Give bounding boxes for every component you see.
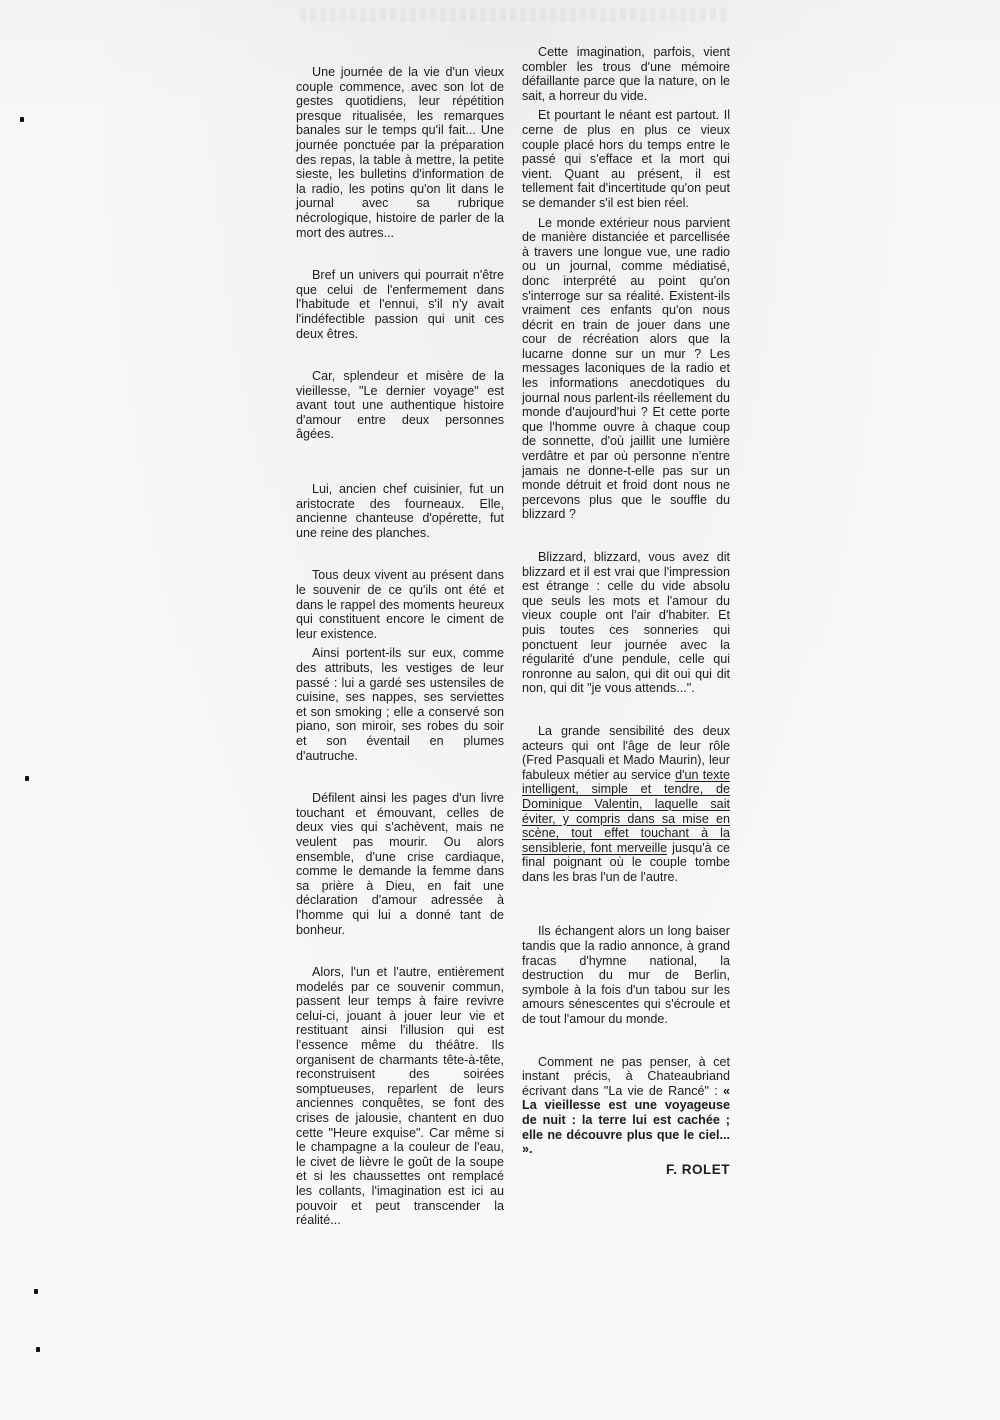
text-run: Comment ne pas penser, à cet instant pré… [522,1055,730,1098]
paragraph-with-underline: La grande sensibilité des deux acteurs q… [522,724,730,885]
paragraph: Car, splendeur et misère de la vieilless… [296,369,504,442]
paragraph: Le monde extérieur nous parvient de mani… [522,216,730,522]
margin-punch-mark [25,776,29,781]
paragraph: Bref un univers qui pourrait n'être que … [296,268,504,341]
closing-paragraph: Comment ne pas penser, à cet instant pré… [522,1055,730,1157]
paragraph: Tous deux vivent au présent dans le souv… [296,568,504,641]
paragraph: Alors, l'un et l'autre, entièrement mode… [296,965,504,1228]
margin-punch-mark [34,1289,38,1294]
show-through-text [300,8,730,22]
paragraph: Défilent ainsi les pages d'un livre touc… [296,791,504,937]
paragraph: Ils échangent alors un long baiser tandi… [522,924,730,1026]
article-right-column: Cette imagination, parfois, vient comble… [522,45,730,1177]
paragraph: Cette imagination, parfois, vient comble… [522,45,730,103]
article-left-column: Une journée de la vie d'un vieux couple … [296,65,504,1228]
paragraph: Une journée de la vie d'un vieux couple … [296,65,504,240]
margin-punch-mark [20,117,24,122]
paragraph: Et pourtant le néant est partout. Il cer… [522,108,730,210]
margin-punch-mark [36,1347,40,1352]
author-signature: F. ROLET [522,1163,730,1178]
paragraph: Lui, ancien chef cuisinier, fut un arist… [296,482,504,540]
paragraph: Ainsi portent-ils sur eux, comme des att… [296,646,504,763]
paragraph: Blizzard, blizzard, vous avez dit blizza… [522,550,730,696]
